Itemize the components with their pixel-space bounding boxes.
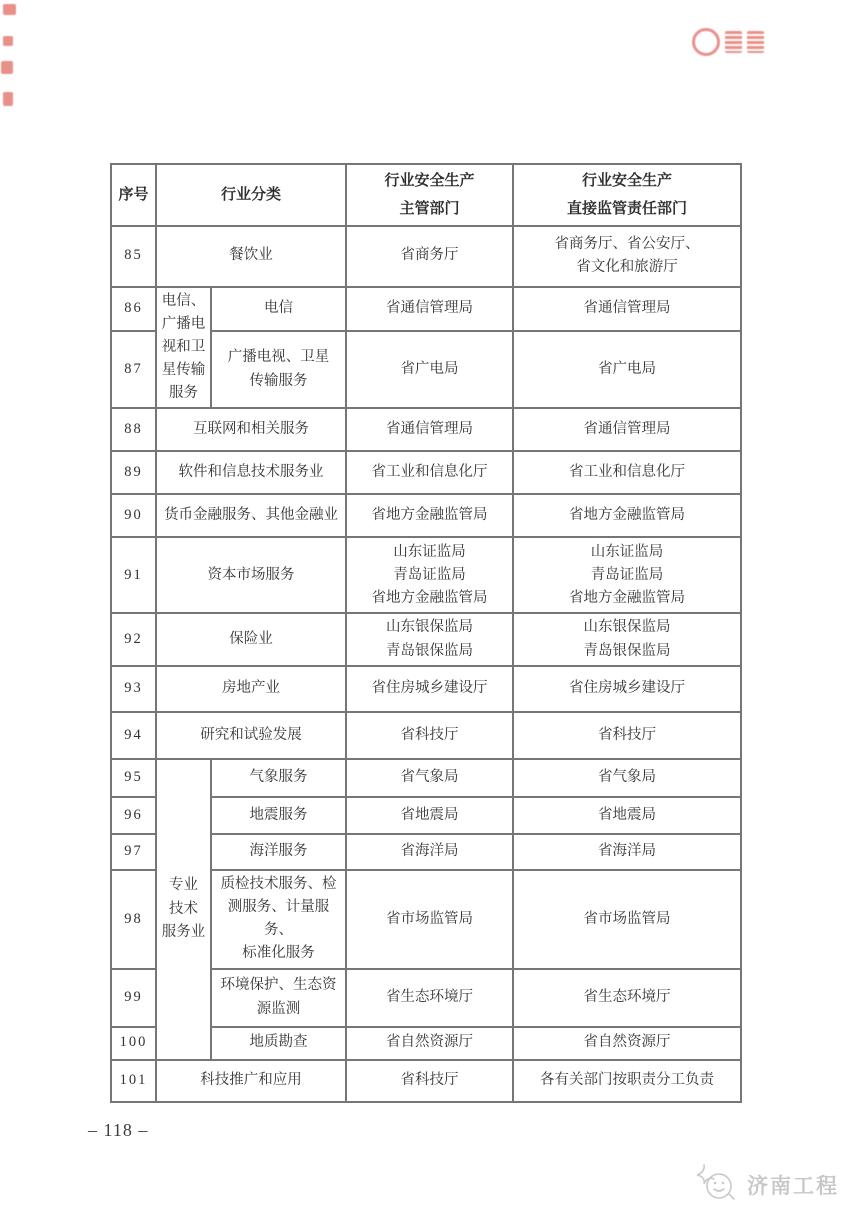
table-row: 88互联网和相关服务省通信管理局省通信管理局 [111, 408, 741, 451]
table-cell: 省通信管理局 [346, 287, 513, 331]
table-cell: 电信、 广播电 视和卫 星传输 服务 [156, 287, 211, 409]
table-cell: 电信 [211, 287, 346, 331]
row-number-cell: 87 [111, 331, 156, 409]
table-cell: 资本市场服务 [156, 537, 346, 613]
table-cell: 省海洋局 [513, 834, 741, 870]
table-cell: 地震服务 [211, 797, 346, 834]
table-row: 95专业 技术 服务业气象服务省气象局省气象局 [111, 759, 741, 797]
row-number-cell: 101 [111, 1060, 156, 1102]
table-cell: 海洋服务 [211, 834, 346, 870]
table-row: 101科技推广和应用省科技厅各有关部门按职责分工负责 [111, 1060, 741, 1102]
red-stamp-glyph [725, 31, 742, 53]
red-edge-mark [3, 4, 16, 15]
row-number-cell: 85 [111, 226, 156, 287]
red-stamp-mark [692, 27, 770, 57]
table-cell: 省科技厅 [346, 1060, 513, 1102]
table-cell: 房地产业 [156, 666, 346, 712]
red-stamp-glyph [747, 31, 764, 53]
row-number-cell: 98 [111, 870, 156, 969]
row-number-cell: 92 [111, 613, 156, 665]
table-cell: 广播电视、卫星 传输服务 [211, 331, 346, 409]
table-cell: 餐饮业 [156, 226, 346, 287]
table-cell: 科技推广和应用 [156, 1060, 346, 1102]
table-cell: 省工业和信息化厅 [346, 451, 513, 494]
row-number-cell: 95 [111, 759, 156, 797]
row-number-cell: 90 [111, 494, 156, 537]
red-edge-mark [3, 36, 13, 46]
table-cell: 省生态环境厅 [346, 969, 513, 1027]
watermark-logo-icon [694, 1162, 742, 1207]
table-cell: 省通信管理局 [513, 287, 741, 331]
table-cell: 各有关部门按职责分工负责 [513, 1060, 741, 1102]
table-cell: 互联网和相关服务 [156, 408, 346, 451]
table-cell: 省地震局 [346, 797, 513, 834]
table-cell: 省地方金融监管局 [346, 494, 513, 537]
publisher-watermark: 济南工程 [694, 1162, 839, 1207]
header-cell-dept: 行业安全生产 主管部门 [346, 164, 513, 226]
header-cell-no: 序号 [111, 164, 156, 226]
table-cell: 省自然资源厅 [513, 1027, 741, 1060]
table-cell: 软件和信息技术服务业 [156, 451, 346, 494]
table-cell: 省商务厅 [346, 226, 513, 287]
table-cell: 省广电局 [346, 331, 513, 409]
table-cell: 省科技厅 [513, 712, 741, 759]
table-row: 86电信、 广播电 视和卫 星传输 服务电信省通信管理局省通信管理局 [111, 287, 741, 331]
table-cell: 省通信管理局 [346, 408, 513, 451]
table-cell: 省地方金融监管局 [513, 494, 741, 537]
table-cell: 山东证监局 青岛证监局 省地方金融监管局 [346, 537, 513, 613]
table-row: 91资本市场服务山东证监局 青岛证监局 省地方金融监管局山东证监局 青岛证监局 … [111, 537, 741, 613]
table-cell: 环境保护、生态资 源监测 [211, 969, 346, 1027]
industry-table-body: 85餐饮业省商务厅省商务厅、省公安厅、 省文化和旅游厅86电信、 广播电 视和卫… [111, 226, 741, 1102]
table-cell: 研究和试验发展 [156, 712, 346, 759]
row-number-cell: 93 [111, 666, 156, 712]
table-row: 85餐饮业省商务厅省商务厅、省公安厅、 省文化和旅游厅 [111, 226, 741, 287]
row-number-cell: 89 [111, 451, 156, 494]
table-cell: 省海洋局 [346, 834, 513, 870]
industry-supervision-table: 序号 行业分类 行业安全生产 主管部门 行业安全生产 直接监管责任部门 85餐饮… [110, 163, 742, 1103]
table-row: 92保险业山东银保监局 青岛银保监局山东银保监局 青岛银保监局 [111, 613, 741, 665]
table-cell: 地质勘查 [211, 1027, 346, 1060]
row-number-cell: 99 [111, 969, 156, 1027]
row-number-cell: 88 [111, 408, 156, 451]
table-cell: 省住房城乡建设厅 [346, 666, 513, 712]
table-cell: 省工业和信息化厅 [513, 451, 741, 494]
row-number-cell: 86 [111, 287, 156, 331]
table-cell: 质检技术服务、检 测服务、计量服务、 标准化服务 [211, 870, 346, 969]
table-cell: 省气象局 [513, 759, 741, 797]
row-number-cell: 91 [111, 537, 156, 613]
row-number-cell: 100 [111, 1027, 156, 1060]
table-row: 89软件和信息技术服务业省工业和信息化厅省工业和信息化厅 [111, 451, 741, 494]
table-cell: 省住房城乡建设厅 [513, 666, 741, 712]
table-cell: 省市场监管局 [346, 870, 513, 969]
table-cell: 省科技厅 [346, 712, 513, 759]
table-cell: 省生态环境厅 [513, 969, 741, 1027]
page-number: – 118 – [88, 1120, 148, 1141]
table-cell: 山东银保监局 青岛银保监局 [346, 613, 513, 665]
header-cell-resp: 行业安全生产 直接监管责任部门 [513, 164, 741, 226]
row-number-cell: 97 [111, 834, 156, 870]
red-edge-mark [3, 92, 13, 106]
table-cell: 专业 技术 服务业 [156, 759, 211, 1060]
red-edge-mark [1, 61, 13, 74]
table-cell: 货币金融服务、其他金融业 [156, 494, 346, 537]
table-cell: 省气象局 [346, 759, 513, 797]
table-cell: 省市场监管局 [513, 870, 741, 969]
table-row: 94研究和试验发展省科技厅省科技厅 [111, 712, 741, 759]
header-cell-industry: 行业分类 [156, 164, 346, 226]
watermark-text: 济南工程 [747, 1170, 839, 1200]
table-cell: 省自然资源厅 [346, 1027, 513, 1060]
table-cell: 省商务厅、省公安厅、 省文化和旅游厅 [513, 226, 741, 287]
table-cell: 省广电局 [513, 331, 741, 409]
table-cell: 省通信管理局 [513, 408, 741, 451]
table-cell: 省地震局 [513, 797, 741, 834]
table-cell: 气象服务 [211, 759, 346, 797]
table-cell: 山东证监局 青岛证监局 省地方金融监管局 [513, 537, 741, 613]
table-cell: 保险业 [156, 613, 346, 665]
row-number-cell: 96 [111, 797, 156, 834]
table-cell: 山东银保监局 青岛银保监局 [513, 613, 741, 665]
table-row: 90货币金融服务、其他金融业省地方金融监管局省地方金融监管局 [111, 494, 741, 537]
red-stamp-ring [692, 28, 720, 56]
table-header-row: 序号 行业分类 行业安全生产 主管部门 行业安全生产 直接监管责任部门 [111, 164, 741, 226]
table-row: 93房地产业省住房城乡建设厅省住房城乡建设厅 [111, 666, 741, 712]
row-number-cell: 94 [111, 712, 156, 759]
